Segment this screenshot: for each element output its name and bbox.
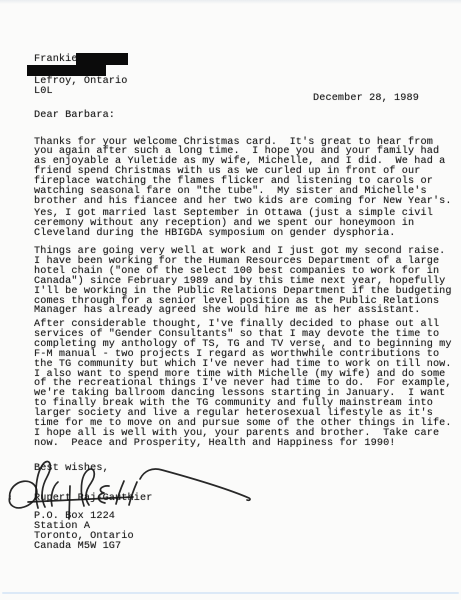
redaction-box-2 bbox=[27, 65, 106, 76]
scan-edge-bottom bbox=[2, 592, 459, 594]
redaction-box-1 bbox=[76, 53, 128, 65]
salutation: Dear Barbara: bbox=[34, 111, 115, 121]
sender-city: Lefroy, Ontario bbox=[34, 77, 128, 87]
paragraph-5: I hope all is well with you, your parent… bbox=[34, 429, 439, 449]
letter-date: December 28, 1989 bbox=[313, 94, 419, 104]
sender-name: Frankie bbox=[34, 55, 78, 65]
scan-edge-top bbox=[0, 0, 461, 4]
sender-postal: L0L bbox=[34, 87, 53, 97]
paragraph-1: Thanks for your welcome Christmas card. … bbox=[34, 138, 452, 207]
paragraph-3: Things are going very well at work and I… bbox=[34, 247, 452, 316]
return-address: P.O. Box 1224 Station A Toronto, Ontario… bbox=[34, 512, 134, 552]
letter-page: Frankie Lefroy, Ontario L0L December 28,… bbox=[0, 0, 461, 600]
paragraph-4: After considerable thought, I've finally… bbox=[34, 320, 452, 429]
paragraph-2: Yes, I got married last September in Ott… bbox=[34, 209, 433, 239]
